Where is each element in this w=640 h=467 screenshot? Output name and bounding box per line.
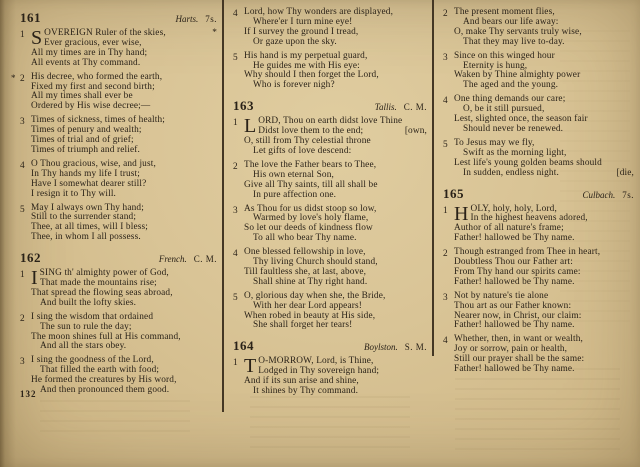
page-gutter-shadow xyxy=(0,0,16,467)
verse-asterisk-mark: * xyxy=(11,73,16,83)
hymn-verse: 1LORD, Thou on earth didst love Thine[ow… xyxy=(233,117,427,157)
hymn-verse: 2I sing the wisdom that ordainedThe sun … xyxy=(20,313,217,353)
hymn-tune-name: Tallis. xyxy=(375,102,397,112)
verse-lines: Since on this winged hourEternity is hun… xyxy=(454,52,634,92)
column-rule-left xyxy=(222,0,224,412)
hymn-verse: 5His hand is my perpetual guard,He guide… xyxy=(233,52,427,92)
verse-lines: One thing demands our care;O, be it stil… xyxy=(454,95,634,135)
hymn-meter: 7s. xyxy=(205,14,217,24)
verse-line: Let gifts of love descend: xyxy=(244,147,427,157)
verse-lines: Times of sickness, times of health;Times… xyxy=(31,116,217,156)
hymn-verse: *2His decree, who formed the earth,Fixed… xyxy=(20,73,217,113)
verse-line: In pure affection one. xyxy=(244,191,427,201)
page-column-3: 2The present moment flies,And bears our … xyxy=(443,8,634,379)
hymn-number: 161 xyxy=(20,10,41,26)
verse-line: Father! hallowed be Thy name. xyxy=(454,278,634,288)
verse-lines: The love the Father bears to Thee,His ow… xyxy=(244,161,427,201)
verse-number: 1 xyxy=(233,357,244,397)
hymn-meter: 7s. xyxy=(622,190,634,200)
verse-line: The aged and the young. xyxy=(454,81,634,91)
verse-line: Thee, in whom I all possess. xyxy=(31,233,217,243)
page-column-1: 161Harts.7s.1S*OVEREIGN Ruler of the ski… xyxy=(20,8,217,400)
hymn-verse: 2The love the Father bears to Thee,His o… xyxy=(233,161,427,201)
hymn-tune-name: Boylston. xyxy=(364,342,398,352)
hymn-tune-name: Harts. xyxy=(175,14,198,24)
verse-number: 5 xyxy=(233,52,244,92)
page-number: 132 xyxy=(20,389,37,399)
verse-number: 5 xyxy=(20,204,31,244)
verse-number: 1 xyxy=(20,29,31,69)
verse-lines: One blessed fellowship in love,Thy livin… xyxy=(244,248,427,288)
hymn-header-163: 163Tallis.C. M. xyxy=(233,98,427,114)
hymn-verse: 4Whether, then, in want or wealth,Joy or… xyxy=(443,335,634,375)
verse-line: It shines by Thy command. xyxy=(244,387,427,397)
verse-lines: O, glorious day when she, the Bride,With… xyxy=(244,292,427,332)
verse-line: All events at Thy command. xyxy=(31,59,217,69)
hymn-number: 165 xyxy=(443,186,464,202)
verse-number: 5 xyxy=(233,292,244,332)
verse-line: Times of triumph and relief. xyxy=(31,146,217,156)
hymn-header-162: 162French.C. M. xyxy=(20,250,217,266)
bleed-through-texture xyxy=(455,368,620,454)
hymn-verse: 3I sing the goodness of the Lord,That fi… xyxy=(20,356,217,396)
verse-lines: HOLY, holy, holy, Lord,In the highest he… xyxy=(454,205,634,245)
verse-lines: The present moment flies,And bears our l… xyxy=(454,8,634,48)
verse-number: 4 xyxy=(443,335,454,375)
hymn-meter: C. M. xyxy=(404,102,427,112)
hymn-meter: C. M. xyxy=(194,254,217,264)
hymn-header-165: 165Culbach.7s. xyxy=(443,186,634,202)
verse-line: Ordered by His wise decree;— xyxy=(31,102,217,112)
verse-number: 4 xyxy=(20,160,31,200)
verse-number: 2 xyxy=(20,73,31,113)
verse-number: 5 xyxy=(443,139,454,179)
verse-number: 2 xyxy=(233,161,244,201)
verse-lines: Though estranged from Thee in heart,Doub… xyxy=(454,248,634,288)
verse-number: 2 xyxy=(443,8,454,48)
drop-cap: T xyxy=(244,358,256,376)
verse-line: Who is forever nigh? xyxy=(244,81,427,91)
page-column-2: 4Lord, how Thy wonders are displayed,Whe… xyxy=(233,8,427,401)
verse-number: 2 xyxy=(443,248,454,288)
drop-cap: L xyxy=(244,118,256,136)
verse-number: 3 xyxy=(233,205,244,245)
hymn-number: 163 xyxy=(233,98,254,114)
verse-lines: O Thou gracious, wise, and just,In Thy h… xyxy=(31,160,217,200)
verse-lines: I sing the goodness of the Lord,That fil… xyxy=(31,356,217,396)
verse-line: I resign it to Thy will. xyxy=(31,190,217,200)
verse-lines: Whether, then, in want or wealth,Joy or … xyxy=(454,335,634,375)
hymnal-page-scan: 161Harts.7s.1S*OVEREIGN Ruler of the ski… xyxy=(0,0,640,467)
verse-line: She shall forget her tears! xyxy=(244,321,427,331)
hymn-verse: 3Since on this winged hourEternity is hu… xyxy=(443,52,634,92)
hymn-number: 162 xyxy=(20,250,41,266)
hymn-header-164: 164Boylston.S. M. xyxy=(233,338,427,354)
verse-lines: His decree, who formed the earth,Fixed m… xyxy=(31,73,217,113)
verse-number: 2 xyxy=(20,313,31,353)
verse-lines: May I always own Thy hand;Still to the s… xyxy=(31,204,217,244)
verse-lines: I sing the wisdom that ordainedThe sun t… xyxy=(31,313,217,353)
verse-number: 1 xyxy=(20,269,31,309)
hymn-verse: 1TO-MORROW, Lord, is Thine,Lodged in Thy… xyxy=(233,357,427,397)
hymn-verse: 1ISING th' almighty power of God,That ma… xyxy=(20,269,217,309)
verse-line: That they may live to-day. xyxy=(454,38,634,48)
verse-lines: TO-MORROW, Lord, is Thine,Lodged in Thy … xyxy=(244,357,427,397)
verse-number: 1 xyxy=(443,205,454,245)
hymn-verse: 4One blessed fellowship in love,Thy livi… xyxy=(233,248,427,288)
verse-lines: Not by nature's tie aloneThou art as our… xyxy=(454,292,634,332)
hymn-verse: 3As Thou for us didst stoop so low,Warme… xyxy=(233,205,427,245)
verse-line: Or gaze upon the sky. xyxy=(244,38,427,48)
verse-number: 4 xyxy=(443,95,454,135)
hymn-verse: 3Not by nature's tie aloneThou art as ou… xyxy=(443,292,634,332)
verse-line: [die,In sudden, endless night. xyxy=(454,169,634,179)
verse-number: 4 xyxy=(233,248,244,288)
hymn-verse: 4Lord, how Thy wonders are displayed,Whe… xyxy=(233,8,427,48)
verse-line: Father! hallowed be Thy name. xyxy=(454,365,634,375)
hymn-verse: 5May I always own Thy hand;Still to the … xyxy=(20,204,217,244)
verse-number: 3 xyxy=(20,116,31,156)
verse-lines: His hand is my perpetual guard,He guides… xyxy=(244,52,427,92)
verse-line: Should never be renewed. xyxy=(454,125,634,135)
drop-cap: S xyxy=(31,30,42,48)
hymn-tune-name: Culbach. xyxy=(582,190,615,200)
verse-lines: ISING th' almighty power of God,That mad… xyxy=(31,269,217,309)
verse-line: To all who bear Thy name. xyxy=(244,234,427,244)
verse-number: 1 xyxy=(233,117,244,157)
verse-number: 4 xyxy=(233,8,244,48)
verse-number: 3 xyxy=(443,292,454,332)
verse-lines: As Thou for us didst stoop so low,Warmed… xyxy=(244,205,427,245)
verse-line: Shall shine at Thy right hand. xyxy=(244,278,427,288)
hymn-verse: 1HOLY, holy, holy, Lord,In the highest h… xyxy=(443,205,634,245)
bleed-through-texture xyxy=(40,400,190,440)
verse-lines: LORD, Thou on earth didst love Thine[own… xyxy=(244,117,427,157)
verse-lines: S*OVEREIGN Ruler of the skies,Ever graci… xyxy=(31,29,217,69)
hymn-tune-name: French. xyxy=(159,254,187,264)
drop-cap: I xyxy=(31,270,38,288)
verse-line: Father! hallowed be Thy name. xyxy=(454,321,634,331)
hymn-verse: 5O, glorious day when she, the Bride,Wit… xyxy=(233,292,427,332)
hymn-meter: S. M. xyxy=(405,342,427,352)
hymn-verse: 5To Jesus may we fly,Swift as the mornin… xyxy=(443,139,634,179)
line-tail-note: [die, xyxy=(616,169,634,179)
hymn-header-161: 161Harts.7s. xyxy=(20,10,217,26)
bleed-through-texture xyxy=(250,396,410,454)
hymn-number: 164 xyxy=(233,338,254,354)
hymn-verse: 1S*OVEREIGN Ruler of the skies,Ever grac… xyxy=(20,29,217,69)
drop-cap: H xyxy=(454,206,468,224)
hymn-verse: 3Times of sickness, times of health;Time… xyxy=(20,116,217,156)
verse-lines: Lord, how Thy wonders are displayed,Wher… xyxy=(244,8,427,48)
hymn-verse: 2The present moment flies,And bears our … xyxy=(443,8,634,48)
verse-line: And built the lofty skies. xyxy=(31,299,217,309)
hymn-verse: 4One thing demands our care;O, be it sti… xyxy=(443,95,634,135)
verse-number: 3 xyxy=(443,52,454,92)
verse-lines: To Jesus may we fly,Swift as the morning… xyxy=(454,139,634,179)
line-tail-note: * xyxy=(212,29,217,39)
verse-line: Father! hallowed be Thy name. xyxy=(454,234,634,244)
column-rule-right xyxy=(432,0,434,356)
hymn-verse: 4O Thou gracious, wise, and just,In Thy … xyxy=(20,160,217,200)
line-tail-note: [own, xyxy=(405,127,427,137)
verse-line: And all the stars obey. xyxy=(31,342,217,352)
verse-line: And then pronounced them good. xyxy=(31,386,217,396)
hymn-verse: 2Though estranged from Thee in heart,Dou… xyxy=(443,248,634,288)
